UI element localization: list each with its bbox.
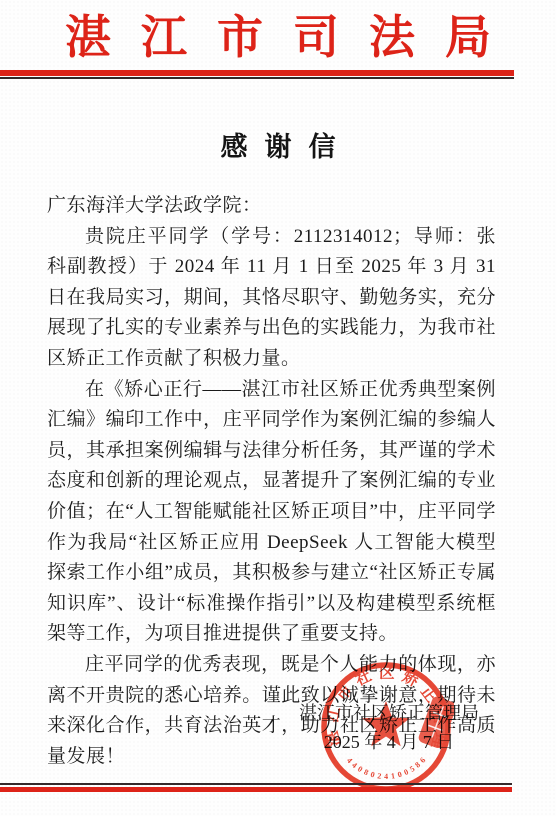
letter-title: 感谢信 — [0, 125, 556, 164]
letterhead-title: 湛江市司法局 — [0, 14, 556, 62]
footer-rule — [0, 783, 512, 792]
paragraph: 贵院庄平同学（学号：2112314012；导师：张科副教授）于 2024 年 1… — [47, 222, 496, 375]
paragraph: 在《矫心正行——湛江市社区矫正优秀典型案例汇编》编印工作中，庄平同学作为案例汇编… — [47, 375, 496, 650]
header-rule — [0, 70, 514, 79]
seal-code: 4408024100586 — [345, 756, 428, 781]
footer-rule-red — [0, 787, 512, 792]
seal-code-wrap: 4408024100586 — [345, 756, 428, 781]
letter-page: 湛江市司法局 感谢信 广东海洋大学法政学院： 贵院庄平同学（学号：2112314… — [0, 0, 556, 816]
seal-star-icon — [362, 701, 410, 746]
header-rule-red — [0, 70, 514, 76]
footer-rule-dark — [0, 783, 512, 785]
header-rule-dark — [0, 77, 514, 79]
salutation: 广东海洋大学法政学院： — [47, 191, 496, 222]
official-seal: 湛江市社区矫正管理局 4408024100586 — [318, 659, 454, 795]
